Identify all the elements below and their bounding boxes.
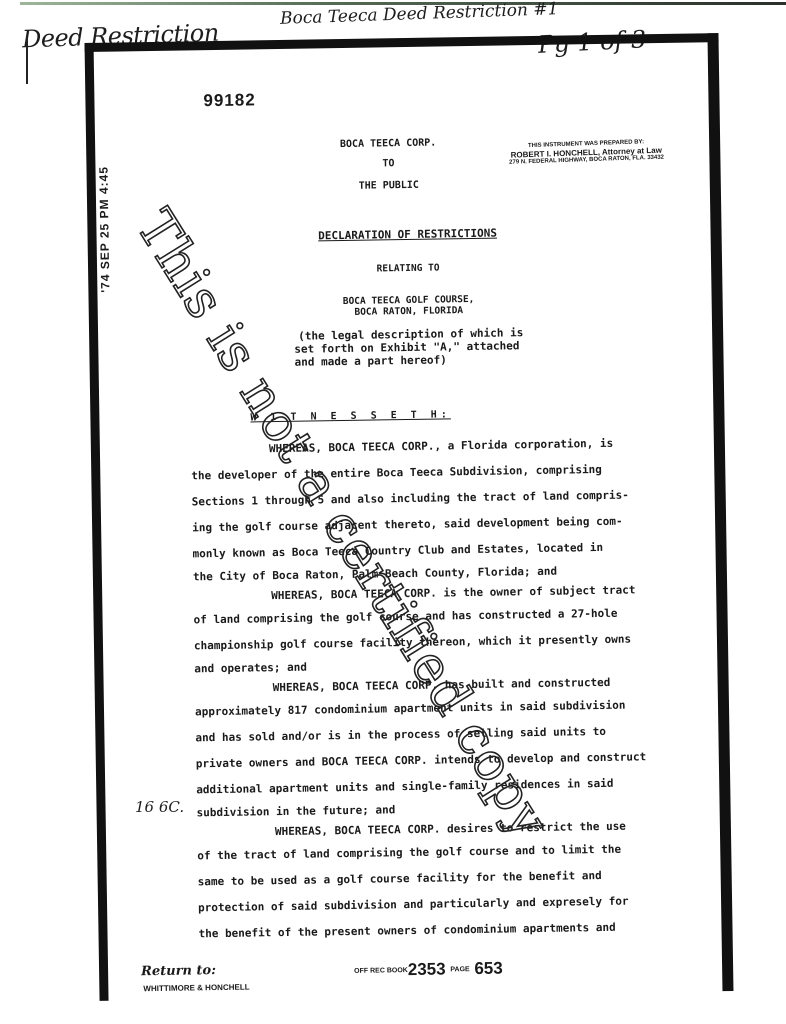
handwritten-mark <box>26 38 28 84</box>
document-title: DECLARATION OF RESTRICTIONS <box>237 225 577 243</box>
legal-description-note: (the legal description of which is set f… <box>294 325 595 369</box>
subject-property: BOCA TEECA GOLF COURSE, BOCA RATON, FLOR… <box>239 292 579 320</box>
return-to-firm: WHITTIMORE & HONCHELL <box>143 983 249 994</box>
official-records-reference: OFF REC BOOK2353 PAGE 653 <box>354 959 503 981</box>
return-to-label: Return to: <box>141 963 216 979</box>
page-number: 653 <box>474 959 503 978</box>
relating-to: RELATING TO <box>238 260 578 276</box>
recording-stamp: '74 SEP 25 PM 4:45 <box>96 166 112 293</box>
document-number: 99182 <box>203 90 256 111</box>
grantee: THE PUBLIC <box>239 178 539 194</box>
document-page: 99182 BOCA TEECA CORP. TO THE PUBLIC THI… <box>85 33 734 1001</box>
document-content: 99182 BOCA TEECA CORP. TO THE PUBLIC THI… <box>85 33 734 1001</box>
document-title-text: DECLARATION OF RESTRICTIONS <box>318 227 497 243</box>
book-label: OFF REC BOOK <box>354 967 408 975</box>
page-label: PAGE <box>450 966 469 973</box>
book-number: 2353 <box>408 959 446 979</box>
